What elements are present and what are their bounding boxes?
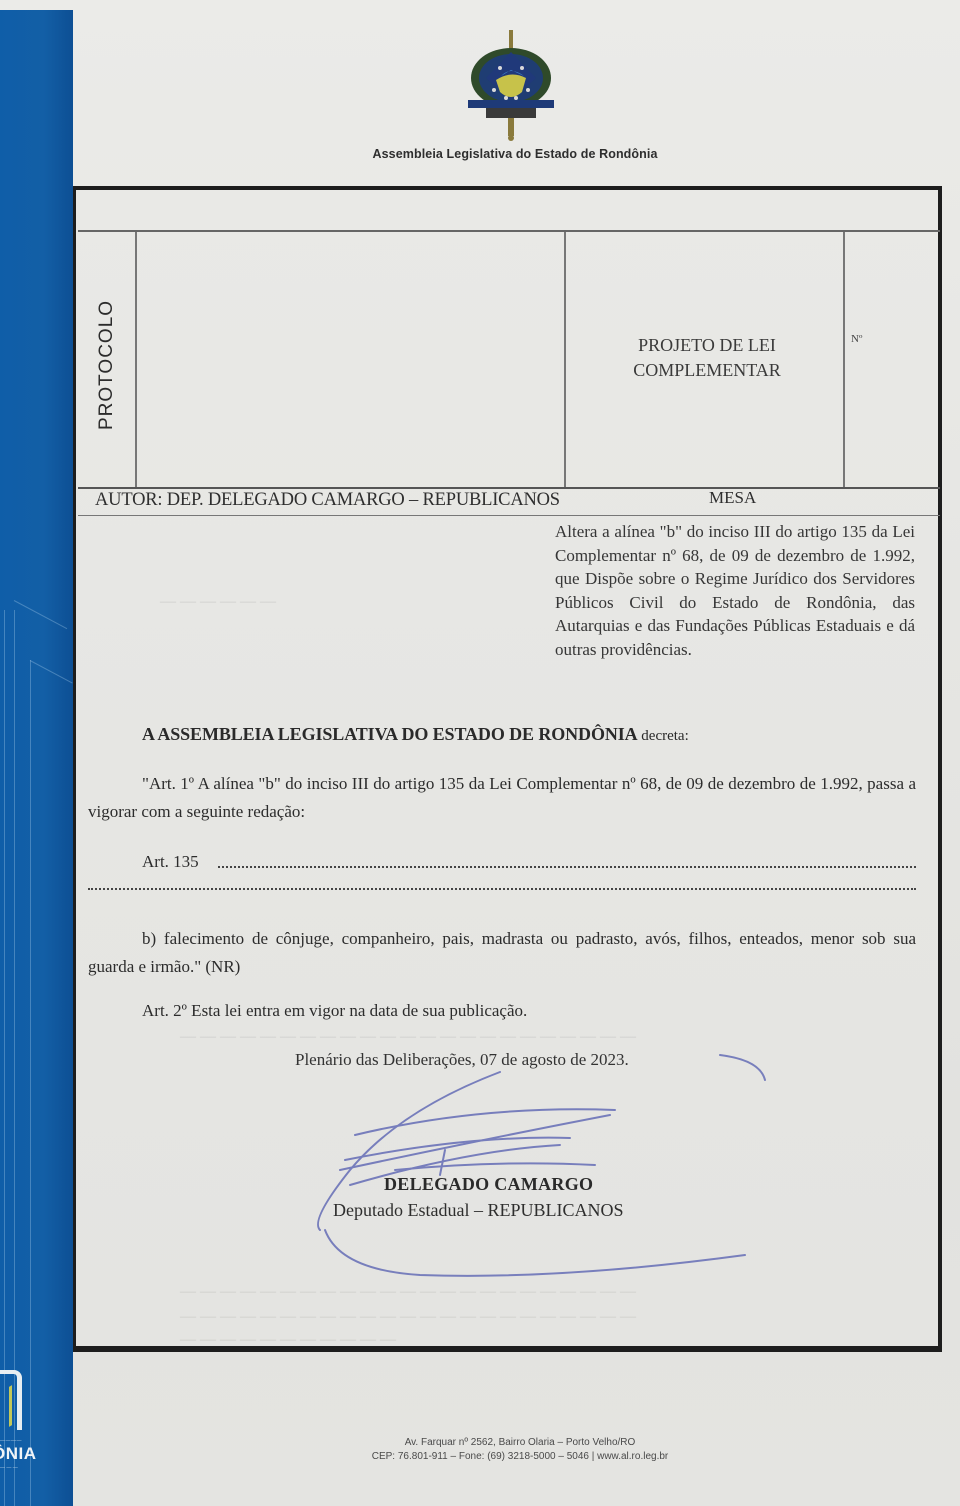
footer-address: Av. Farquar nº 2562, Bairro Olaria – Por… [280, 1436, 760, 1450]
assembly-logo: ———— ÔNIA — — — [0, 1370, 73, 1490]
cover-band: ———— ÔNIA — — — [0, 10, 73, 1506]
bleed-through-text: — — — — — — [160, 590, 276, 614]
divider [78, 230, 940, 232]
mesa-label: MESA [709, 488, 756, 508]
bleed-through-text: — — — — — — — — — — — — — — — — — — — — … [180, 1280, 920, 1304]
divider [564, 232, 566, 488]
coat-of-arms-icon [456, 30, 566, 142]
divider [843, 232, 845, 488]
footer-contact: CEP: 76.801-911 – Fone: (69) 3218-5000 –… [280, 1450, 760, 1464]
bleed-through-text: — — — — — — — — — — — [180, 1328, 580, 1352]
dotted-line [218, 866, 916, 868]
protocol-label: PROTOCOLO [96, 270, 118, 430]
number-label: Nº [851, 333, 862, 345]
document-type: PROJETO DE LEI COMPLEMENTAR [572, 333, 842, 383]
logo-name: ÔNIA [0, 1444, 37, 1464]
signatory-name: DELEGADO CAMARGO [384, 1174, 593, 1195]
item-b: b) falecimento de cônjuge, companheiro, … [88, 925, 916, 981]
decree-heading: A ASSEMBLEIA LEGISLATIVA DO ESTADO DE RO… [142, 724, 689, 745]
bill-summary: Altera a alínea "b" do inciso III do art… [555, 520, 915, 661]
place-date: Plenário das Deliberações, 07 de agosto … [295, 1050, 629, 1070]
institution-title: Assembleia Legislativa do Estado de Rond… [300, 147, 730, 161]
divider [78, 515, 940, 516]
page-footer: Av. Farquar nº 2562, Bairro Olaria – Por… [280, 1436, 760, 1464]
divider [135, 232, 137, 488]
bleed-through-text: — — — — — — — — — — — — — — — — — — — — … [180, 1305, 920, 1329]
signatory-role: Deputado Estadual – REPUBLICANOS [333, 1200, 623, 1221]
bleed-through-text: — — — — — — — — — — — — — — — — — — — — … [180, 1025, 920, 1049]
article-2: Art. 2º Esta lei entra em vigor na data … [88, 997, 916, 1025]
author-line: AUTOR: DEP. DELEGADO CAMARGO – REPUBLICA… [95, 490, 560, 511]
article-135-label: Art. 135 [142, 852, 199, 872]
article-1: "Art. 1º A alínea "b" do inciso III do a… [88, 770, 916, 826]
dotted-line [88, 888, 916, 890]
divider [78, 487, 940, 489]
